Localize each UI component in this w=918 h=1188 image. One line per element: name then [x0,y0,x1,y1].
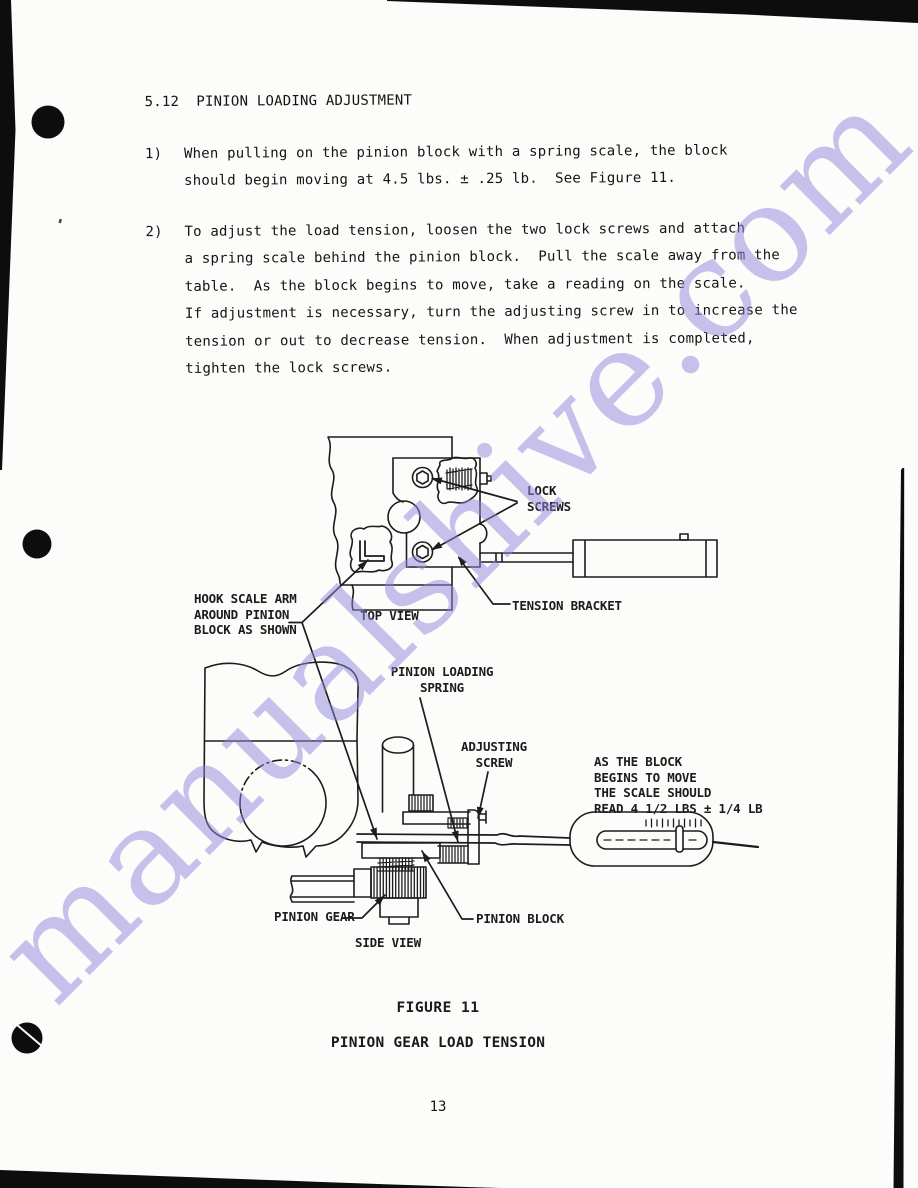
label-scale-reading-note: AS THE BLOCK BEGINS TO MOVE THE SCALE SH… [594,754,763,816]
label-side-view: SIDE VIEW [355,935,421,951]
label-top-view: TOP VIEW [360,608,419,624]
label-tension-bracket: TENSION BRACKET [512,598,622,614]
scan-edge-bottom-left [0,1170,500,1188]
top-view-drawing [328,437,717,610]
label-pinion-gear: PINION GEAR [274,909,355,925]
scan-edge-right-line [894,468,905,1188]
label-pinion-loading-spring: PINION LOADING SPRING [372,664,512,695]
figure-caption-title: FIGURE 11 [338,1000,538,1016]
label-pinion-block: PINION BLOCK [476,911,564,927]
page-number: 13 [398,1099,478,1115]
item-2-marker: 2) [145,219,162,247]
ink-speck [58,219,62,224]
label-hook-scale-arm-note: HOOK SCALE ARM AROUND PINION BLOCK AS SH… [194,591,297,638]
item-1-marker: 1) [145,141,162,169]
leader-lines [289,479,517,920]
scan-edge-left [0,0,16,470]
scan-edge-top-right [387,0,918,23]
label-adjusting-screw: ADJUSTING SCREW [444,739,544,770]
item-2-text: To adjust the load tension, loosen the t… [184,215,798,383]
figure-caption-subtitle: PINION GEAR LOAD TENSION [318,1035,558,1051]
label-lock-screws: LOCK SCREWS [527,483,571,514]
section-heading: 5.12 PINION LOADING ADJUSTMENT [145,87,413,116]
item-1-text: When pulling on the pinion block with a … [184,138,728,196]
punch-hole-top [32,106,65,139]
scanned-manual-page: 5.12 PINION LOADING ADJUSTMENT 1) When p… [0,0,918,1188]
punch-hole-middle [23,530,52,559]
punch-hole-bottom [12,1023,43,1054]
